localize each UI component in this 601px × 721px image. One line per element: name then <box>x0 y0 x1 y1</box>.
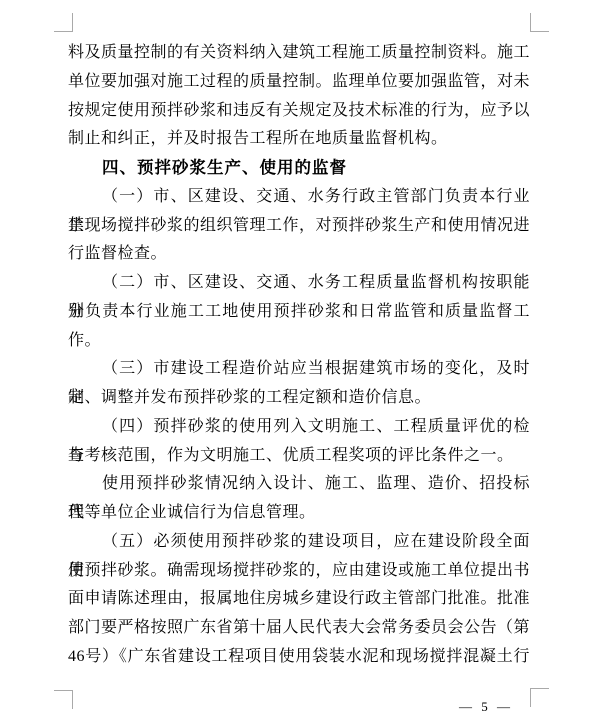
text-line: 面申请陈述理由，报属地住房城乡建设行政主管部门批准。批准 <box>68 585 530 614</box>
text-line: （五）必须使用预拌砂浆的建设项目，应在建设阶段全面使 <box>68 528 530 557</box>
text-line: 部门要严格按照广东省第十届人民代表大会常务委员会公告（第 <box>68 614 530 643</box>
text-line: 用预拌砂浆。确需现场搅拌砂浆的，应由建设或施工单位提出书 <box>68 557 530 586</box>
section-heading: 四、预拌砂浆生产、使用的监督 <box>68 154 530 183</box>
text-line: 别负责本行业施工工地使用预拌砂浆和日常监管和质量监督工 <box>68 298 530 327</box>
text-line: （二）市、区建设、交通、水务工程质量监督机构按职能分 <box>68 269 530 298</box>
document-body: 料及质量控制的有关资料纳入建筑工程施工质量控制资料。施工 单位要加强对施工过程的… <box>68 39 530 672</box>
crop-mark-top-right <box>530 13 549 32</box>
text-line: 定、调整并发布预拌砂浆的工程定额和造价信息。 <box>68 384 530 413</box>
text-line: （三）市建设工程造价站应当根据建筑市场的变化，及时制 <box>68 355 530 384</box>
text-line: 止现场搅拌砂浆的组织管理工作，对预拌砂浆生产和使用情况进 <box>68 212 530 241</box>
text-line: （四）预拌砂浆的使用列入文明施工、工程质量评优的检查 <box>68 413 530 442</box>
text-line: 制止和纠正，并及时报告工程所在地质量监督机构。 <box>68 125 530 154</box>
text-line: 46号）《广东省建设工程项目使用袋装水泥和现场搅拌混凝土行 <box>68 643 530 672</box>
text-line: 理等单位企业诚信行为信息管理。 <box>68 499 530 528</box>
document-page: 料及质量控制的有关资料纳入建筑工程施工质量控制资料。施工 单位要加强对施工过程的… <box>0 0 601 721</box>
text-line: 单位要加强对施工过程的质量控制。监理单位要加强监管，对未 <box>68 68 530 97</box>
text-line: 作。 <box>68 327 530 356</box>
text-line: （一）市、区建设、交通、水务行政主管部门负责本行业禁 <box>68 183 530 212</box>
text-line: 与考核范围，作为文明施工、优质工程奖项的评比条件之一。 <box>68 442 530 471</box>
crop-mark-bottom-right <box>530 688 549 707</box>
text-line: 按规定使用预拌砂浆和违反有关规定及技术标准的行为，应予以 <box>68 97 530 126</box>
crop-mark-bottom-left <box>54 690 73 709</box>
page-number: — 5 — <box>459 699 513 715</box>
text-line: 使用预拌砂浆情况纳入设计、施工、监理、造价、招投标代 <box>68 470 530 499</box>
crop-mark-top-left <box>54 13 73 32</box>
text-line: 料及质量控制的有关资料纳入建筑工程施工质量控制资料。施工 <box>68 39 530 68</box>
text-line: 行监督检查。 <box>68 240 530 269</box>
